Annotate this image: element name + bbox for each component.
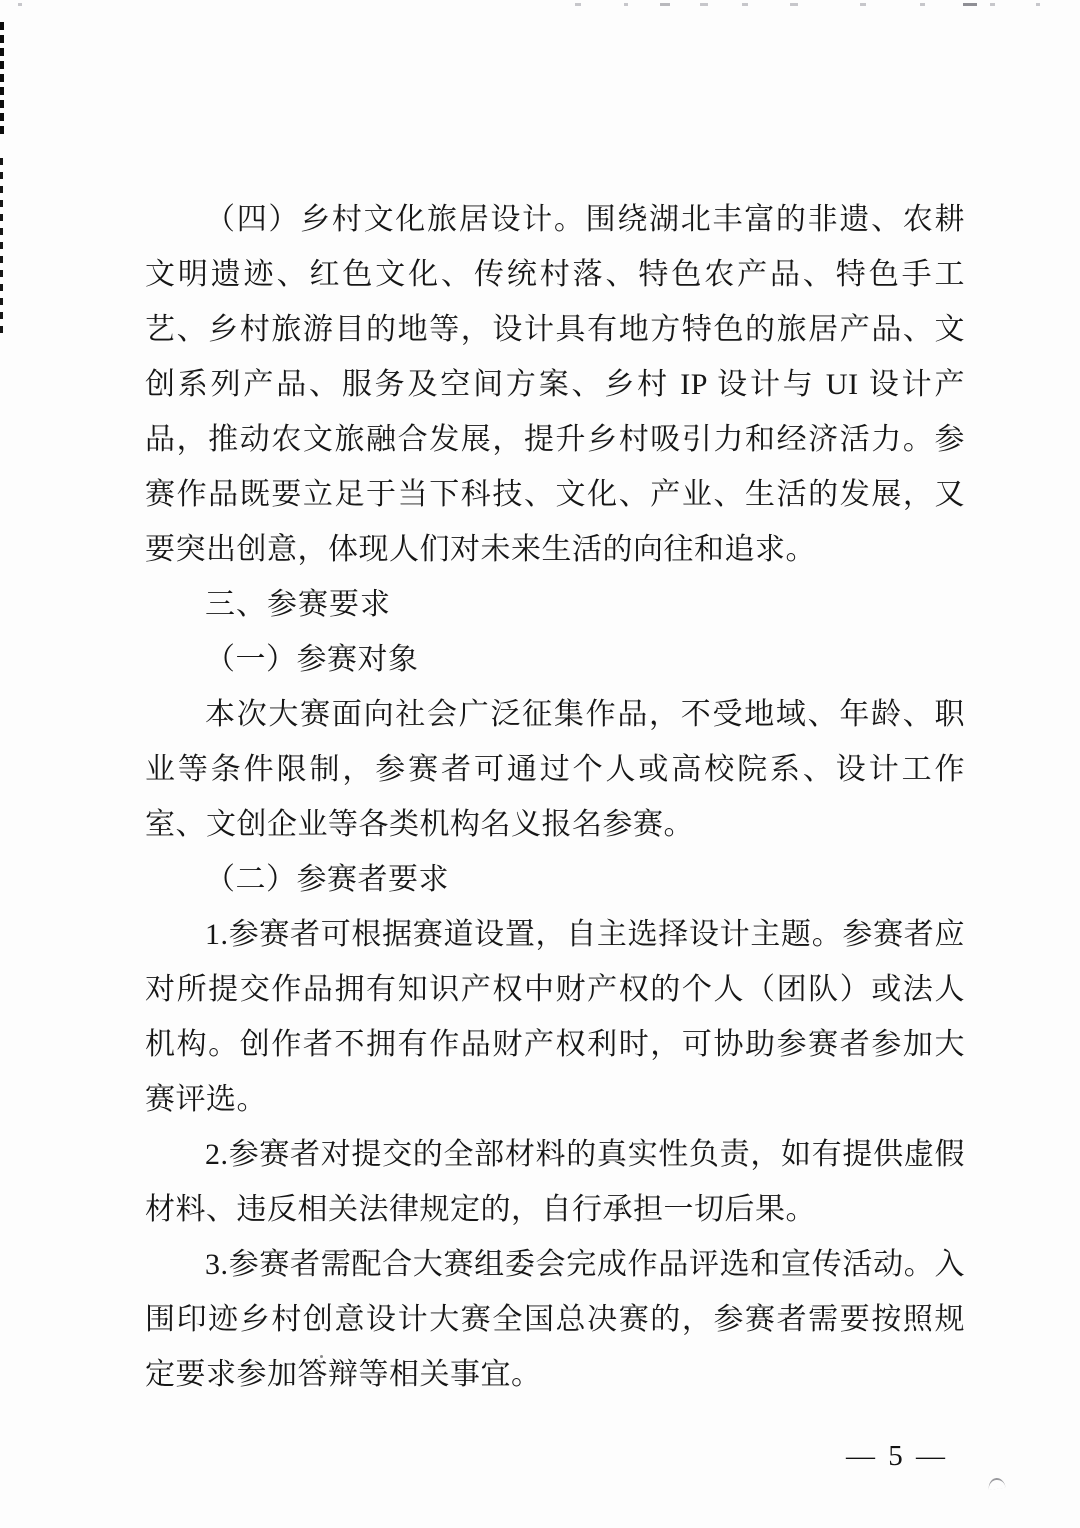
scan-artifact-speck [963, 3, 977, 6]
paragraph-lead-heading: （四）乡村文化旅居设计。 [205, 203, 586, 236]
paragraph-entry-targets: 本次大赛面向社会广泛征集作品，不受地域、年龄、职业等条件限制，参赛者可通过个人或… [145, 687, 965, 852]
scan-artifact-left-edge-dashes [0, 22, 4, 137]
scan-artifact-speck [660, 3, 670, 6]
paragraph-entrant-requirement-3: 3.参赛者需配合大赛组委会完成作品评选和宣传活动。入围印迹乡村创意设计大赛全国总… [145, 1237, 965, 1402]
scan-artifact-speck [790, 3, 798, 6]
page-number: — 5 — [846, 1440, 948, 1473]
paragraph-entrant-requirement-2: 2.参赛者对提交的全部材料的真实性负责，如有提供虚假材料、违反相关法律规定的，自… [145, 1127, 965, 1237]
scan-artifact-speck [1036, 3, 1040, 6]
heading-section-three-entry-requirements: 三、参赛要求 [145, 577, 965, 632]
scan-artifact-speck [920, 3, 925, 6]
scanned-document-page: （四）乡村文化旅居设计。围绕湖北丰富的非遗、农耕文明遗迹、红色文化、传统村落、特… [0, 0, 1080, 1528]
scan-artifact-curl [987, 1477, 1005, 1490]
scan-artifact-speck [624, 3, 628, 6]
document-content: （四）乡村文化旅居设计。围绕湖北丰富的非遗、农耕文明遗迹、红色文化、传统村落、特… [145, 192, 965, 1402]
paragraph-entrant-requirement-1: 1.参赛者可根据赛道设置，自主选择设计主题。参赛者应对所提交作品拥有知识产权中财… [145, 907, 965, 1127]
scan-artifact-speck [575, 3, 581, 6]
heading-subsection-two-entrant-requirements: （二）参赛者要求 [145, 852, 965, 907]
scan-artifact-speck [700, 3, 708, 6]
paragraph-track-four-rural-culture-travel-design: （四）乡村文化旅居设计。围绕湖北丰富的非遗、农耕文明遗迹、红色文化、传统村落、特… [145, 192, 965, 577]
heading-subsection-one-entry-targets: （一）参赛对象 [145, 632, 965, 687]
scan-artifact-left-edge-dashes [0, 158, 3, 336]
scan-artifact-speck [18, 3, 22, 6]
scan-artifact-speck [860, 3, 866, 6]
paragraph-body-text: 围绕湖北丰富的非遗、农耕文明遗迹、红色文化、传统村落、特色农产品、特色手工艺、乡… [145, 203, 965, 566]
scan-artifact-speck [990, 3, 995, 6]
scan-artifact-speck [742, 3, 748, 6]
